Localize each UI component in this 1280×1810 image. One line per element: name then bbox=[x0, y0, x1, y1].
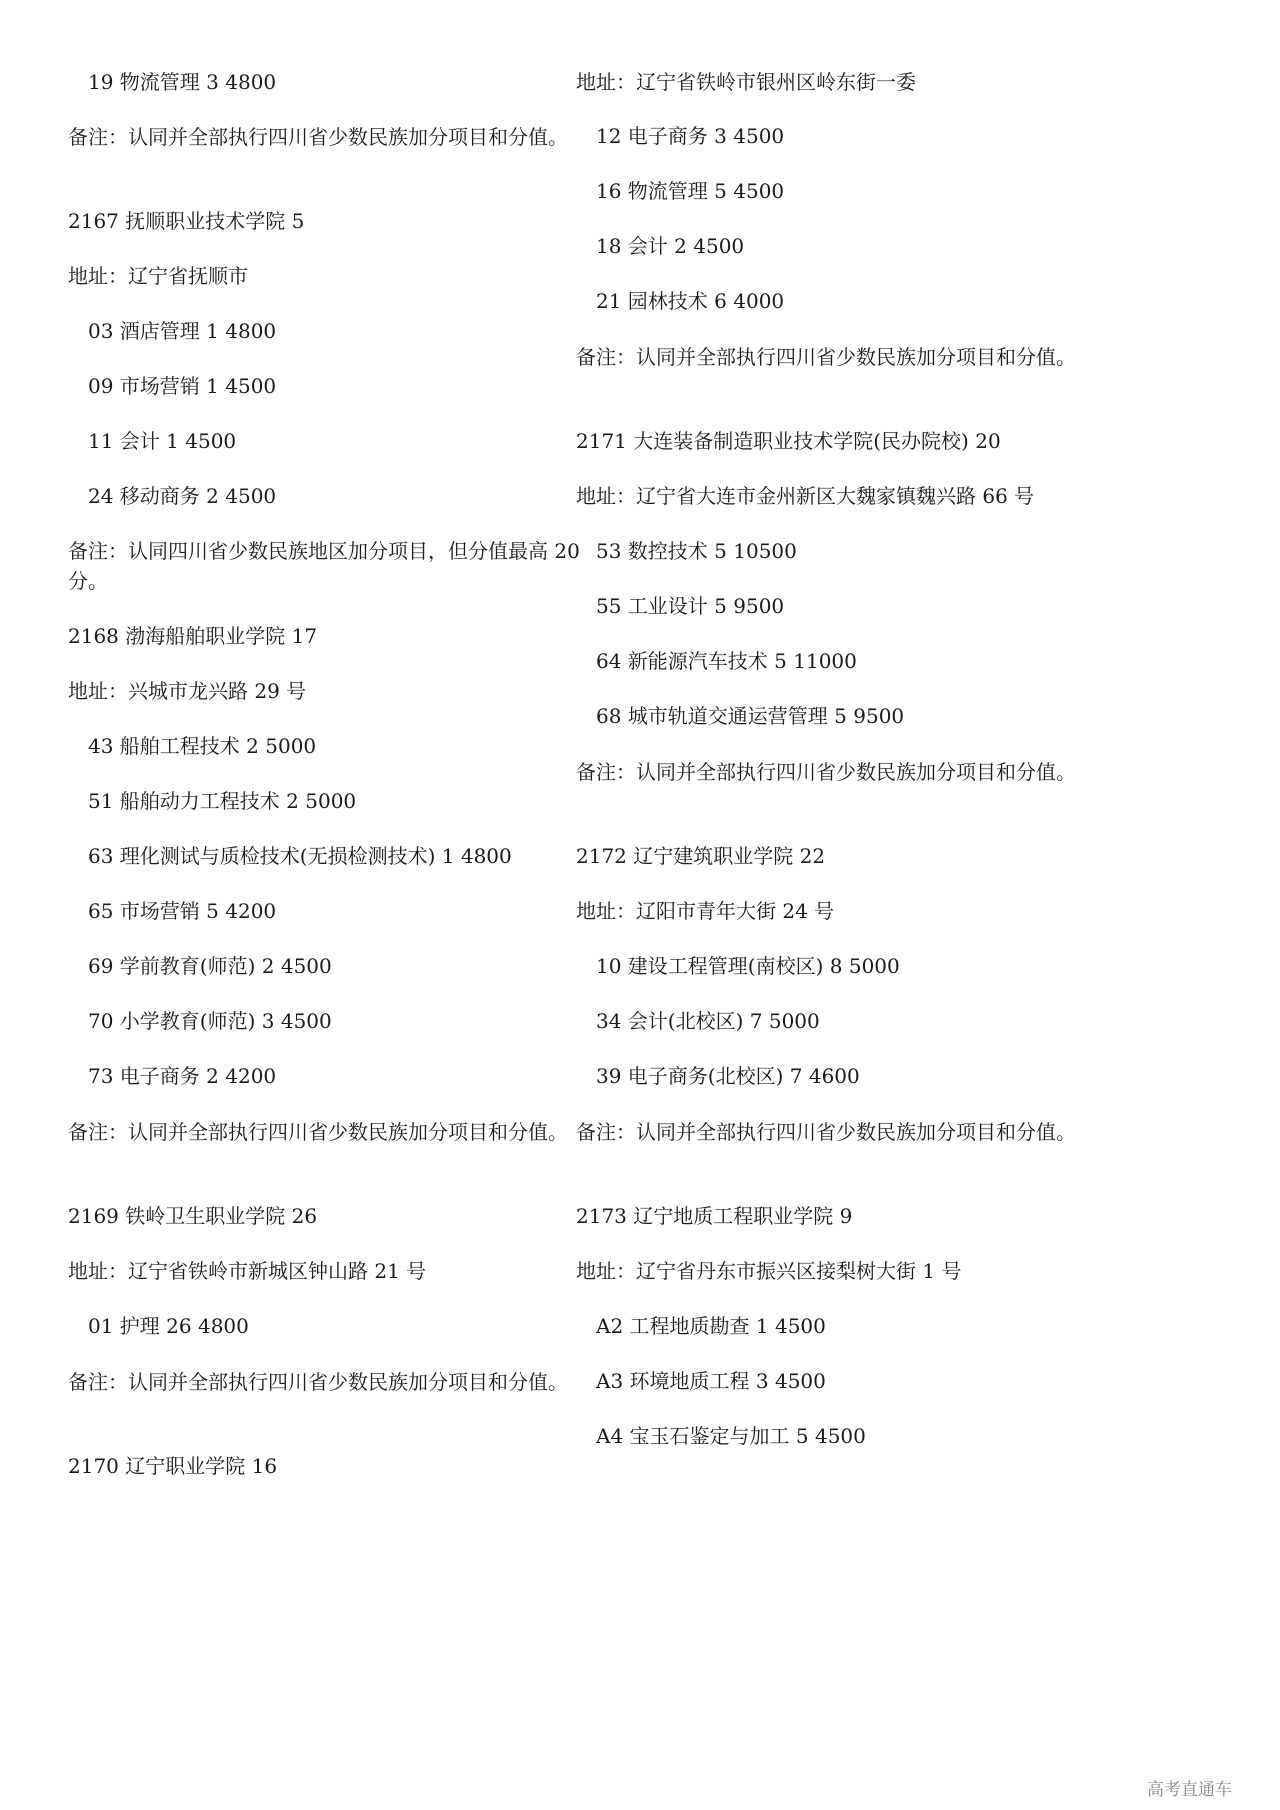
major-entry: 01 护理 26 4800 bbox=[88, 1312, 249, 1340]
school-address: 地址：兴城市龙兴路 29 号 bbox=[68, 677, 306, 705]
major-entry: 39 电子商务(北校区) 7 4600 bbox=[596, 1062, 860, 1090]
major-entry: 64 新能源汽车技术 5 11000 bbox=[596, 647, 857, 675]
remark-note: 备注：认同并全部执行四川省少数民族加分项目和分值。 bbox=[576, 1117, 1116, 1147]
school-address: 地址：辽宁省铁岭市新城区钟山路 21 号 bbox=[68, 1257, 426, 1285]
remark-note: 备注：认同并全部执行四川省少数民族加分项目和分值。 bbox=[68, 122, 608, 152]
watermark: 高考直通车 bbox=[1147, 1775, 1232, 1800]
major-entry: 03 酒店管理 1 4800 bbox=[88, 317, 276, 345]
major-entry: 63 理化测试与质检技术(无损检测技术) 1 4800 bbox=[88, 842, 512, 870]
major-entry: 24 移动商务 2 4500 bbox=[88, 482, 276, 510]
remark-note: 备注：认同并全部执行四川省少数民族加分项目和分值。 bbox=[68, 1367, 608, 1397]
remark-note: 备注：认同四川省少数民族地区加分项目，但分值最高 20 分。 bbox=[68, 536, 608, 596]
school-heading: 2169 铁岭卫生职业学院 26 bbox=[68, 1202, 317, 1230]
major-entry: 21 园林技术 6 4000 bbox=[596, 287, 784, 315]
remark-note: 备注：认同并全部执行四川省少数民族加分项目和分值。 bbox=[576, 757, 1116, 787]
major-entry: 53 数控技术 5 10500 bbox=[596, 537, 797, 565]
major-entry: 51 船舶动力工程技术 2 5000 bbox=[88, 787, 356, 815]
school-address: 地址：辽宁省铁岭市银州区岭东街一委 bbox=[576, 68, 916, 96]
school-address: 地址：辽阳市青年大街 24 号 bbox=[576, 897, 834, 925]
major-entry: 11 会计 1 4500 bbox=[88, 427, 236, 455]
school-address: 地址：辽宁省大连市金州新区大魏家镇魏兴路 66 号 bbox=[576, 482, 1034, 510]
major-entry: 18 会计 2 4500 bbox=[596, 232, 744, 260]
major-entry: 69 学前教育(师范) 2 4500 bbox=[88, 952, 332, 980]
major-entry: A2 工程地质勘查 1 4500 bbox=[596, 1312, 826, 1340]
school-heading: 2171 大连装备制造职业技术学院(民办院校) 20 bbox=[576, 427, 1001, 455]
major-entry: A3 环境地质工程 3 4500 bbox=[596, 1367, 826, 1395]
major-entry: 70 小学教育(师范) 3 4500 bbox=[88, 1007, 332, 1035]
major-entry: 73 电子商务 2 4200 bbox=[88, 1062, 276, 1090]
school-heading: 2172 辽宁建筑职业学院 22 bbox=[576, 842, 825, 870]
major-entry: 10 建设工程管理(南校区) 8 5000 bbox=[596, 952, 900, 980]
major-entry: 12 电子商务 3 4500 bbox=[596, 122, 784, 150]
school-heading: 2170 辽宁职业学院 16 bbox=[68, 1452, 277, 1480]
major-entry: 65 市场营销 5 4200 bbox=[88, 897, 276, 925]
major-entry: 68 城市轨道交通运营管理 5 9500 bbox=[596, 702, 904, 730]
major-entry: 34 会计(北校区) 7 5000 bbox=[596, 1007, 820, 1035]
major-entry: 55 工业设计 5 9500 bbox=[596, 592, 784, 620]
remark-note: 备注：认同并全部执行四川省少数民族加分项目和分值。 bbox=[68, 1117, 608, 1147]
major-entry: 19 物流管理 3 4800 bbox=[88, 68, 276, 96]
school-address: 地址：辽宁省抚顺市 bbox=[68, 262, 248, 290]
remark-note: 备注：认同并全部执行四川省少数民族加分项目和分值。 bbox=[576, 342, 1116, 372]
major-entry: 43 船舶工程技术 2 5000 bbox=[88, 732, 316, 760]
school-heading: 2167 抚顺职业技术学院 5 bbox=[68, 207, 304, 235]
major-entry: 16 物流管理 5 4500 bbox=[596, 177, 784, 205]
school-address: 地址：辽宁省丹东市振兴区接梨树大街 1 号 bbox=[576, 1257, 961, 1285]
major-entry: 09 市场营销 1 4500 bbox=[88, 372, 276, 400]
school-heading: 2168 渤海船舶职业学院 17 bbox=[68, 622, 317, 650]
school-heading: 2173 辽宁地质工程职业学院 9 bbox=[576, 1202, 852, 1230]
major-entry: A4 宝玉石鉴定与加工 5 4500 bbox=[596, 1422, 866, 1450]
